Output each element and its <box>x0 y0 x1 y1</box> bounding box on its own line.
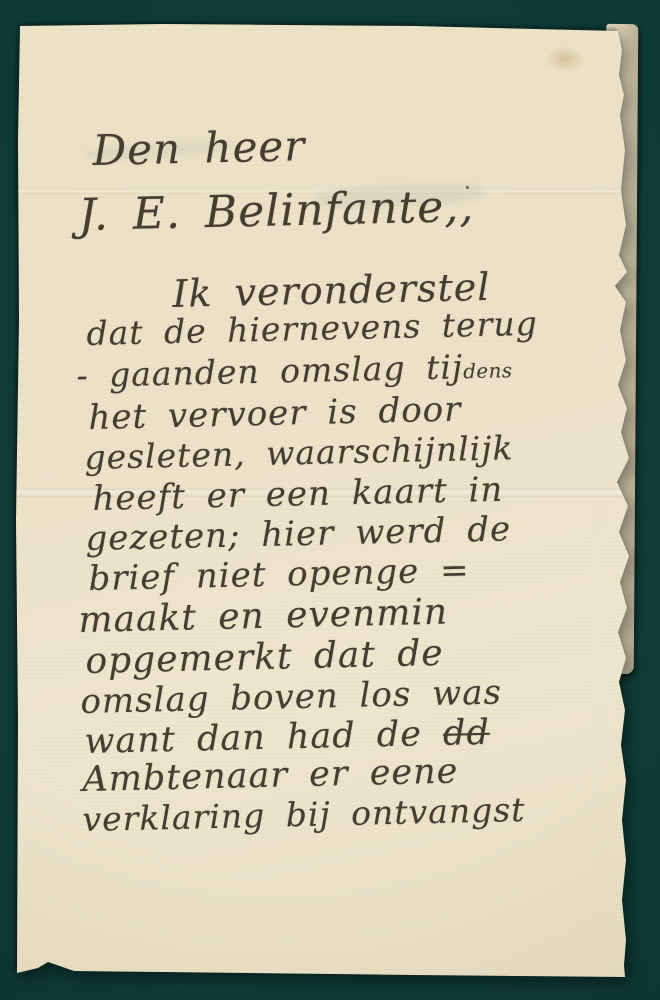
paper-stain <box>539 42 591 76</box>
salutation-line: Den heer <box>92 121 306 175</box>
addressee-name: J. E. Belinfante,, <box>78 181 475 241</box>
fold-crease-vertical <box>598 20 602 982</box>
struck-word: dd <box>443 713 491 754</box>
letter-line-small-suffix: dens <box>463 359 513 383</box>
photo-background: Den heer J. E. Belinfante,, Ik veronders… <box>0 0 660 1000</box>
